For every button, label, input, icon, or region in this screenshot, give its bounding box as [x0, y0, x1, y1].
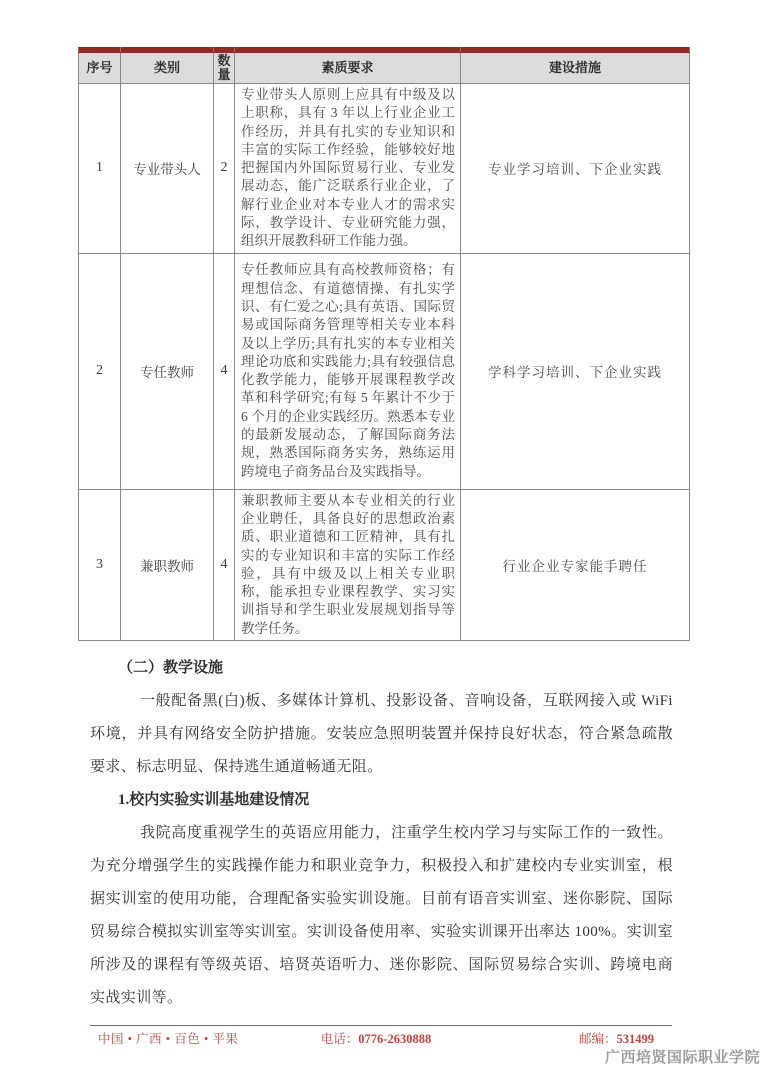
- cell-seq: 2: [79, 253, 121, 489]
- cell-category: 兼职教师: [121, 489, 214, 640]
- table-row: 1 专业带头人 2 专业带头人原则上应具有中级及以上职称，具有 3 年以上行业企…: [79, 84, 690, 254]
- cell-seq: 3: [79, 489, 121, 640]
- header-measures: 建设措施: [461, 53, 690, 84]
- cell-category: 专业带头人: [121, 84, 214, 254]
- header-count: 数量: [214, 53, 235, 84]
- footer-phone: 电话：0776-2630888: [283, 1029, 468, 1047]
- page-footer: 中国 • 广西 • 百色 • 平果 电话：0776-2630888 邮编：531…: [90, 1028, 672, 1048]
- footer-location: 中国 • 广西 • 百色 • 平果: [90, 1029, 283, 1047]
- header-category: 类别: [121, 53, 214, 84]
- cell-measures: 专业学习培训、下企业实践: [461, 84, 690, 254]
- cell-count: 2: [214, 84, 235, 254]
- cell-count: 4: [214, 489, 235, 640]
- header-seq: 序号: [79, 53, 121, 84]
- footer-phone-label: 电话：: [321, 1032, 359, 1046]
- cell-count: 4: [214, 253, 235, 489]
- footer-postal-label: 邮编：: [579, 1032, 617, 1046]
- body-text: （二）教学设施 一般配备黑(白)板、多媒体计算机、投影设备、音响设备，互联网接入…: [90, 652, 673, 1015]
- paragraph-training-base: 我院高度重视学生的英语应用能力，注重学生校内学习与实际工作的一致性。为充分增强学…: [90, 817, 673, 1015]
- header-requirements: 素质要求: [235, 53, 461, 84]
- footer-phone-number: 0776-2630888: [358, 1032, 431, 1046]
- section-heading-facilities: （二）教学设施: [118, 652, 673, 685]
- cell-category: 专任教师: [121, 253, 214, 489]
- staff-requirements-table: 序号 类别 数量 素质要求 建设措施 1 专业带头人 2 专业带头人原则上应具有…: [78, 47, 690, 641]
- table-row: 2 专任教师 4 专任教师应具有高校教师资格；有理想信念、有道德情操、有扎实学识…: [79, 253, 690, 489]
- table-header-row: 序号 类别 数量 素质要求 建设措施: [79, 53, 690, 84]
- cell-requirements: 兼职教师主要从本专业相关的行业企业聘任，具备良好的思想政治素质、职业道德和工匠精…: [235, 489, 461, 640]
- document-page: 序号 类别 数量 素质要求 建设措施 1 专业带头人 2 专业带头人原则上应具有…: [0, 0, 763, 1080]
- cell-seq: 1: [79, 84, 121, 254]
- section-heading-training-base: 1.校内实验实训基地建设情况: [118, 784, 673, 817]
- cell-measures: 学科学习培训、下企业实践: [461, 253, 690, 489]
- cell-measures: 行业企业专家能手聘任: [461, 489, 690, 640]
- watermark-school-name: 广西培贤国际职业学院: [605, 1046, 760, 1067]
- footer-postal: 邮编：531499: [469, 1029, 672, 1047]
- cell-requirements: 专业带头人原则上应具有中级及以上职称，具有 3 年以上行业企业工作经历，并具有扎…: [235, 84, 461, 254]
- footer-divider: [90, 1025, 672, 1026]
- footer-postal-code: 531499: [616, 1032, 654, 1046]
- cell-requirements: 专任教师应具有高校教师资格；有理想信念、有道德情操、有扎实学识、有仁爱之心;具有…: [235, 253, 461, 489]
- paragraph-facilities: 一般配备黑(白)板、多媒体计算机、投影设备、音响设备，互联网接入或 WiFi 环…: [90, 685, 673, 784]
- table-row: 3 兼职教师 4 兼职教师主要从本专业相关的行业企业聘任，具备良好的思想政治素质…: [79, 489, 690, 640]
